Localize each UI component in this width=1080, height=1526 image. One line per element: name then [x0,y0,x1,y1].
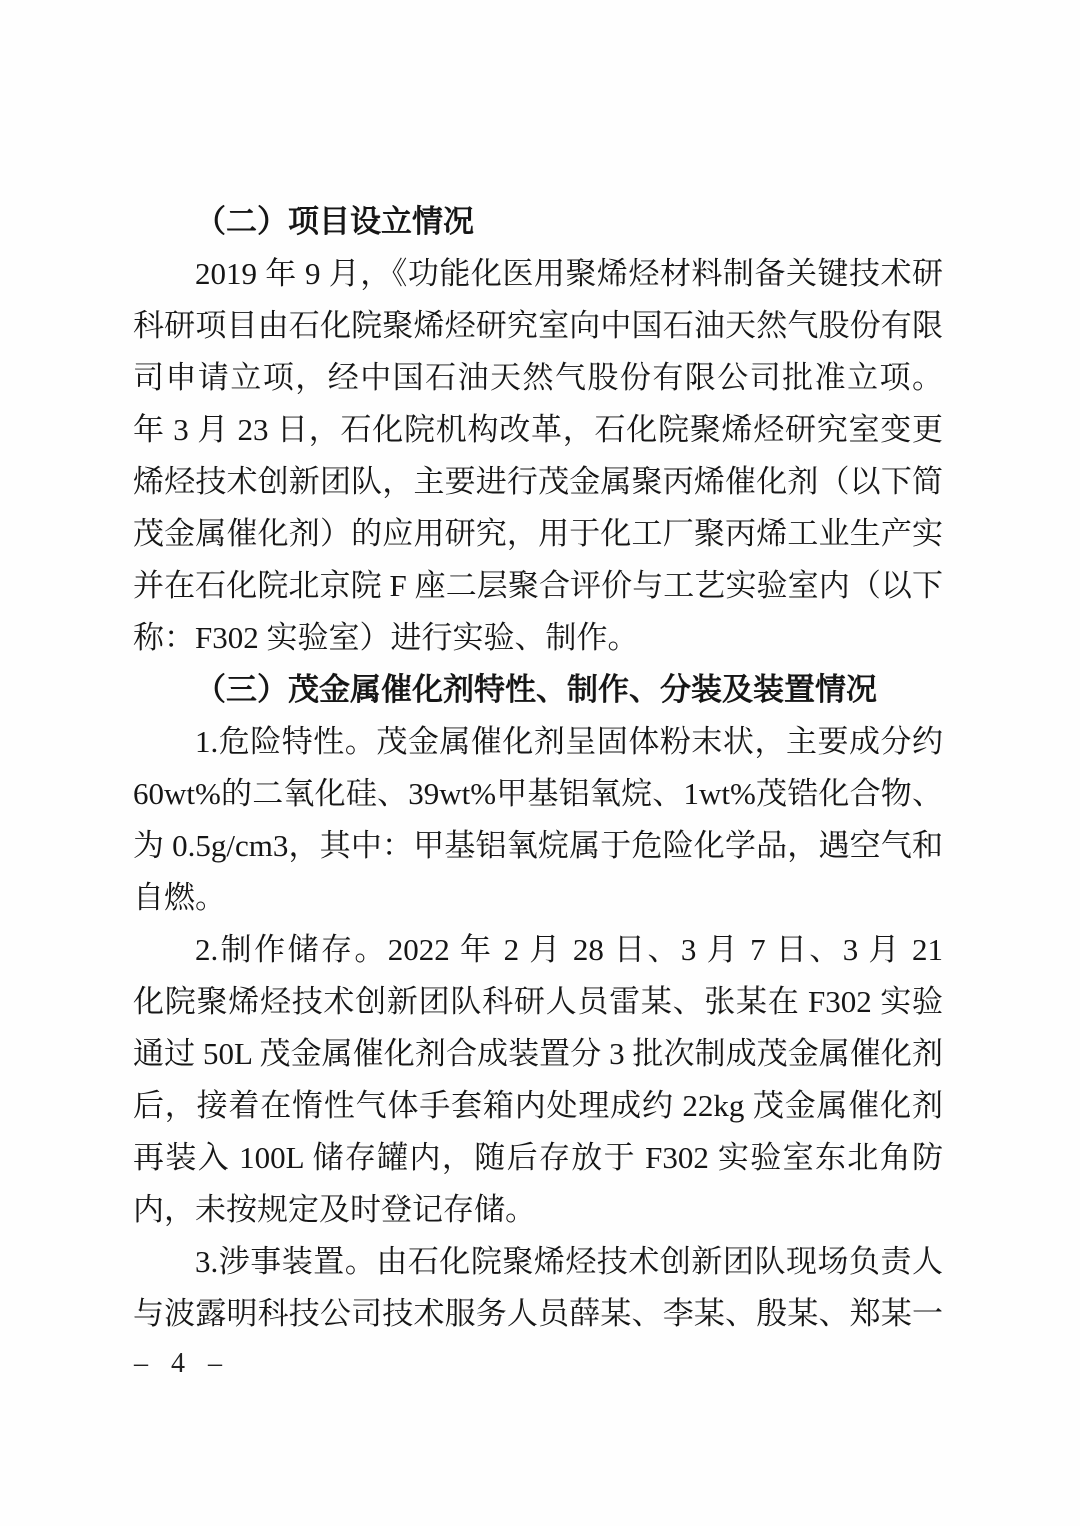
text-line: 化院聚烯烃技术创新团队科研人员雷某、张某在 F302 实验室， [133,976,943,1028]
page-number: – 4 – [134,1344,230,1384]
text-line: 为 0.5g/cm3，其中：甲基铝氧烷属于危险化学品，遇空气和水 [133,820,943,872]
text-line: 烯烃技术创新团队，主要进行茂金属聚丙烯催化剂（以下简称： [133,456,943,508]
text-line: 3.涉事装置。由石化院聚烯烃技术创新团队现场负责人雷某 [133,1236,943,1288]
text-line: 1.危险特性。茂金属催化剂呈固体粉末状，主要成分约为 [133,716,943,768]
text-line: 2019 年 9 月，《功能化医用聚烯烃材料制备关键技术研究》 [133,248,943,300]
text-line: 称：F302 实验室）进行实验、制作。 [133,612,943,664]
text-line: 茂金属催化剂）的应用研究，用于化工厂聚丙烯工业生产实验， [133,508,943,560]
text-line: 2.制作储存。2022 年 2 月 28 日、3 月 7 日、3 月 21 日，… [133,924,943,976]
text-line: 60wt%的二氧化硅、39wt%甲基铝氧烷、1wt%茂锆化合物、密度约 [133,768,943,820]
text-line: 再装入 100L 储存罐内，随后存放于 F302 实验室东北角防爆冰柜 [133,1132,943,1184]
document-body: （二）项目设立情况 2019 年 9 月，《功能化医用聚烯烃材料制备关键技术研究… [133,196,943,1340]
section-heading-2: （二）项目设立情况 [133,196,943,248]
text-line: 自燃。 [133,872,943,924]
text-line: 与波露明科技公司技术服务人员薛某、李某、殷某、郑某一起组 [133,1288,943,1340]
text-line: 年 3 月 23 日，石化院机构改革，石化院聚烯烃研究室变更为聚 [133,404,943,456]
text-line: 内，未按规定及时登记存储。 [133,1184,943,1236]
text-line: 司申请立项，经中国石油天然气股份有限公司批准立项。2020 [133,352,943,404]
text-line: 后，接着在惰性气体手套箱内处理成约 22kg 茂金属催化剂干粉， [133,1080,943,1132]
text-line: 科研项目由石化院聚烯烃研究室向中国石油天然气股份有限公 [133,300,943,352]
text-line: 通过 50L 茂金属催化剂合成装置分 3 批次制成茂金属催化剂浆液 [133,1028,943,1080]
section-heading-3: （三）茂金属催化剂特性、制作、分装及装置情况 [133,664,943,716]
text-line: 并在石化院北京院 F 座二层聚合评价与工艺实验室内（以下简 [133,560,943,612]
document-page: （二）项目设立情况 2019 年 9 月，《功能化医用聚烯烃材料制备关键技术研究… [0,0,1080,1526]
